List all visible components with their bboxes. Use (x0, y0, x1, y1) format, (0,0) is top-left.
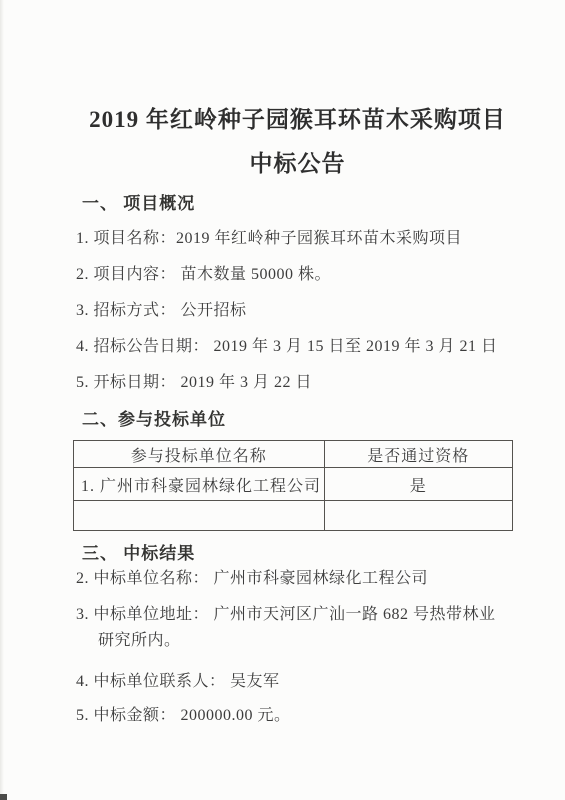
winner-name-line: 2. 中标单位名称： 广州市科豪园林绿化工程公司 (76, 568, 519, 590)
table-row (74, 501, 513, 531)
winner-address-line2: 研究所内。 (76, 629, 519, 653)
bidder-name-column-header: 参与投标单位名称 (74, 441, 325, 468)
section1-heading: 一、 项目概况 (82, 189, 519, 214)
qualification-cell: 是 (324, 468, 512, 501)
winner-contact-line: 4. 中标单位联系人： 吴友军 (76, 671, 519, 693)
scanned-document-page: 2019 年红岭种子园猴耳环苗木采购项目 中标公告 一、 项目概况 1. 项目名… (0, 0, 565, 800)
qualification-column-header: 是否通过资格 (324, 441, 512, 468)
document-title-line1: 2019 年红岭种子园猴耳环苗木采购项目 (76, 98, 519, 142)
bidders-table: 参与投标单位名称 是否通过资格 1. 广州市科豪园林绿化工程公司 是 (73, 440, 513, 531)
bidder-name-cell-empty (74, 501, 325, 531)
winner-amount-line: 5. 中标金额： 200000.00 元。 (76, 705, 519, 727)
qualification-cell-empty (324, 501, 512, 531)
bidder-name-cell: 1. 广州市科豪园林绿化工程公司 (74, 468, 325, 501)
document-title-line2: 中标公告 (76, 142, 519, 186)
bid-opening-date-line: 5. 开标日期： 2019 年 3 月 22 日 (76, 372, 519, 394)
section2-heading: 二、参与投标单位 (82, 405, 519, 430)
table-row: 1. 广州市科豪园林绿化工程公司 是 (74, 468, 513, 501)
project-name-line: 1. 项目名称：2019 年红岭种子园猴耳环苗木采购项目 (76, 228, 519, 250)
announcement-date-line: 4. 招标公告日期： 2019 年 3 月 15 日至 2019 年 3 月 2… (76, 336, 519, 358)
winner-address-block: 3. 中标单位地址： 广州市天河区广汕一路 682 号热带林业 研究所内。 (76, 603, 519, 653)
winner-address-line1: 3. 中标单位地址： 广州市天河区广汕一路 682 号热带林业 (76, 603, 519, 627)
project-content-line: 2. 项目内容： 苗木数量 50000 株。 (76, 264, 519, 286)
document-title: 2019 年红岭种子园猴耳环苗木采购项目 中标公告 (76, 98, 519, 186)
bidding-method-line: 3. 招标方式： 公开招标 (76, 300, 519, 322)
section3-heading: 三、 中标结果 (82, 539, 519, 564)
scan-corner-artifact (0, 794, 7, 800)
bidders-table-header-row: 参与投标单位名称 是否通过资格 (74, 441, 513, 468)
scan-edge-shadow (0, 0, 4, 800)
